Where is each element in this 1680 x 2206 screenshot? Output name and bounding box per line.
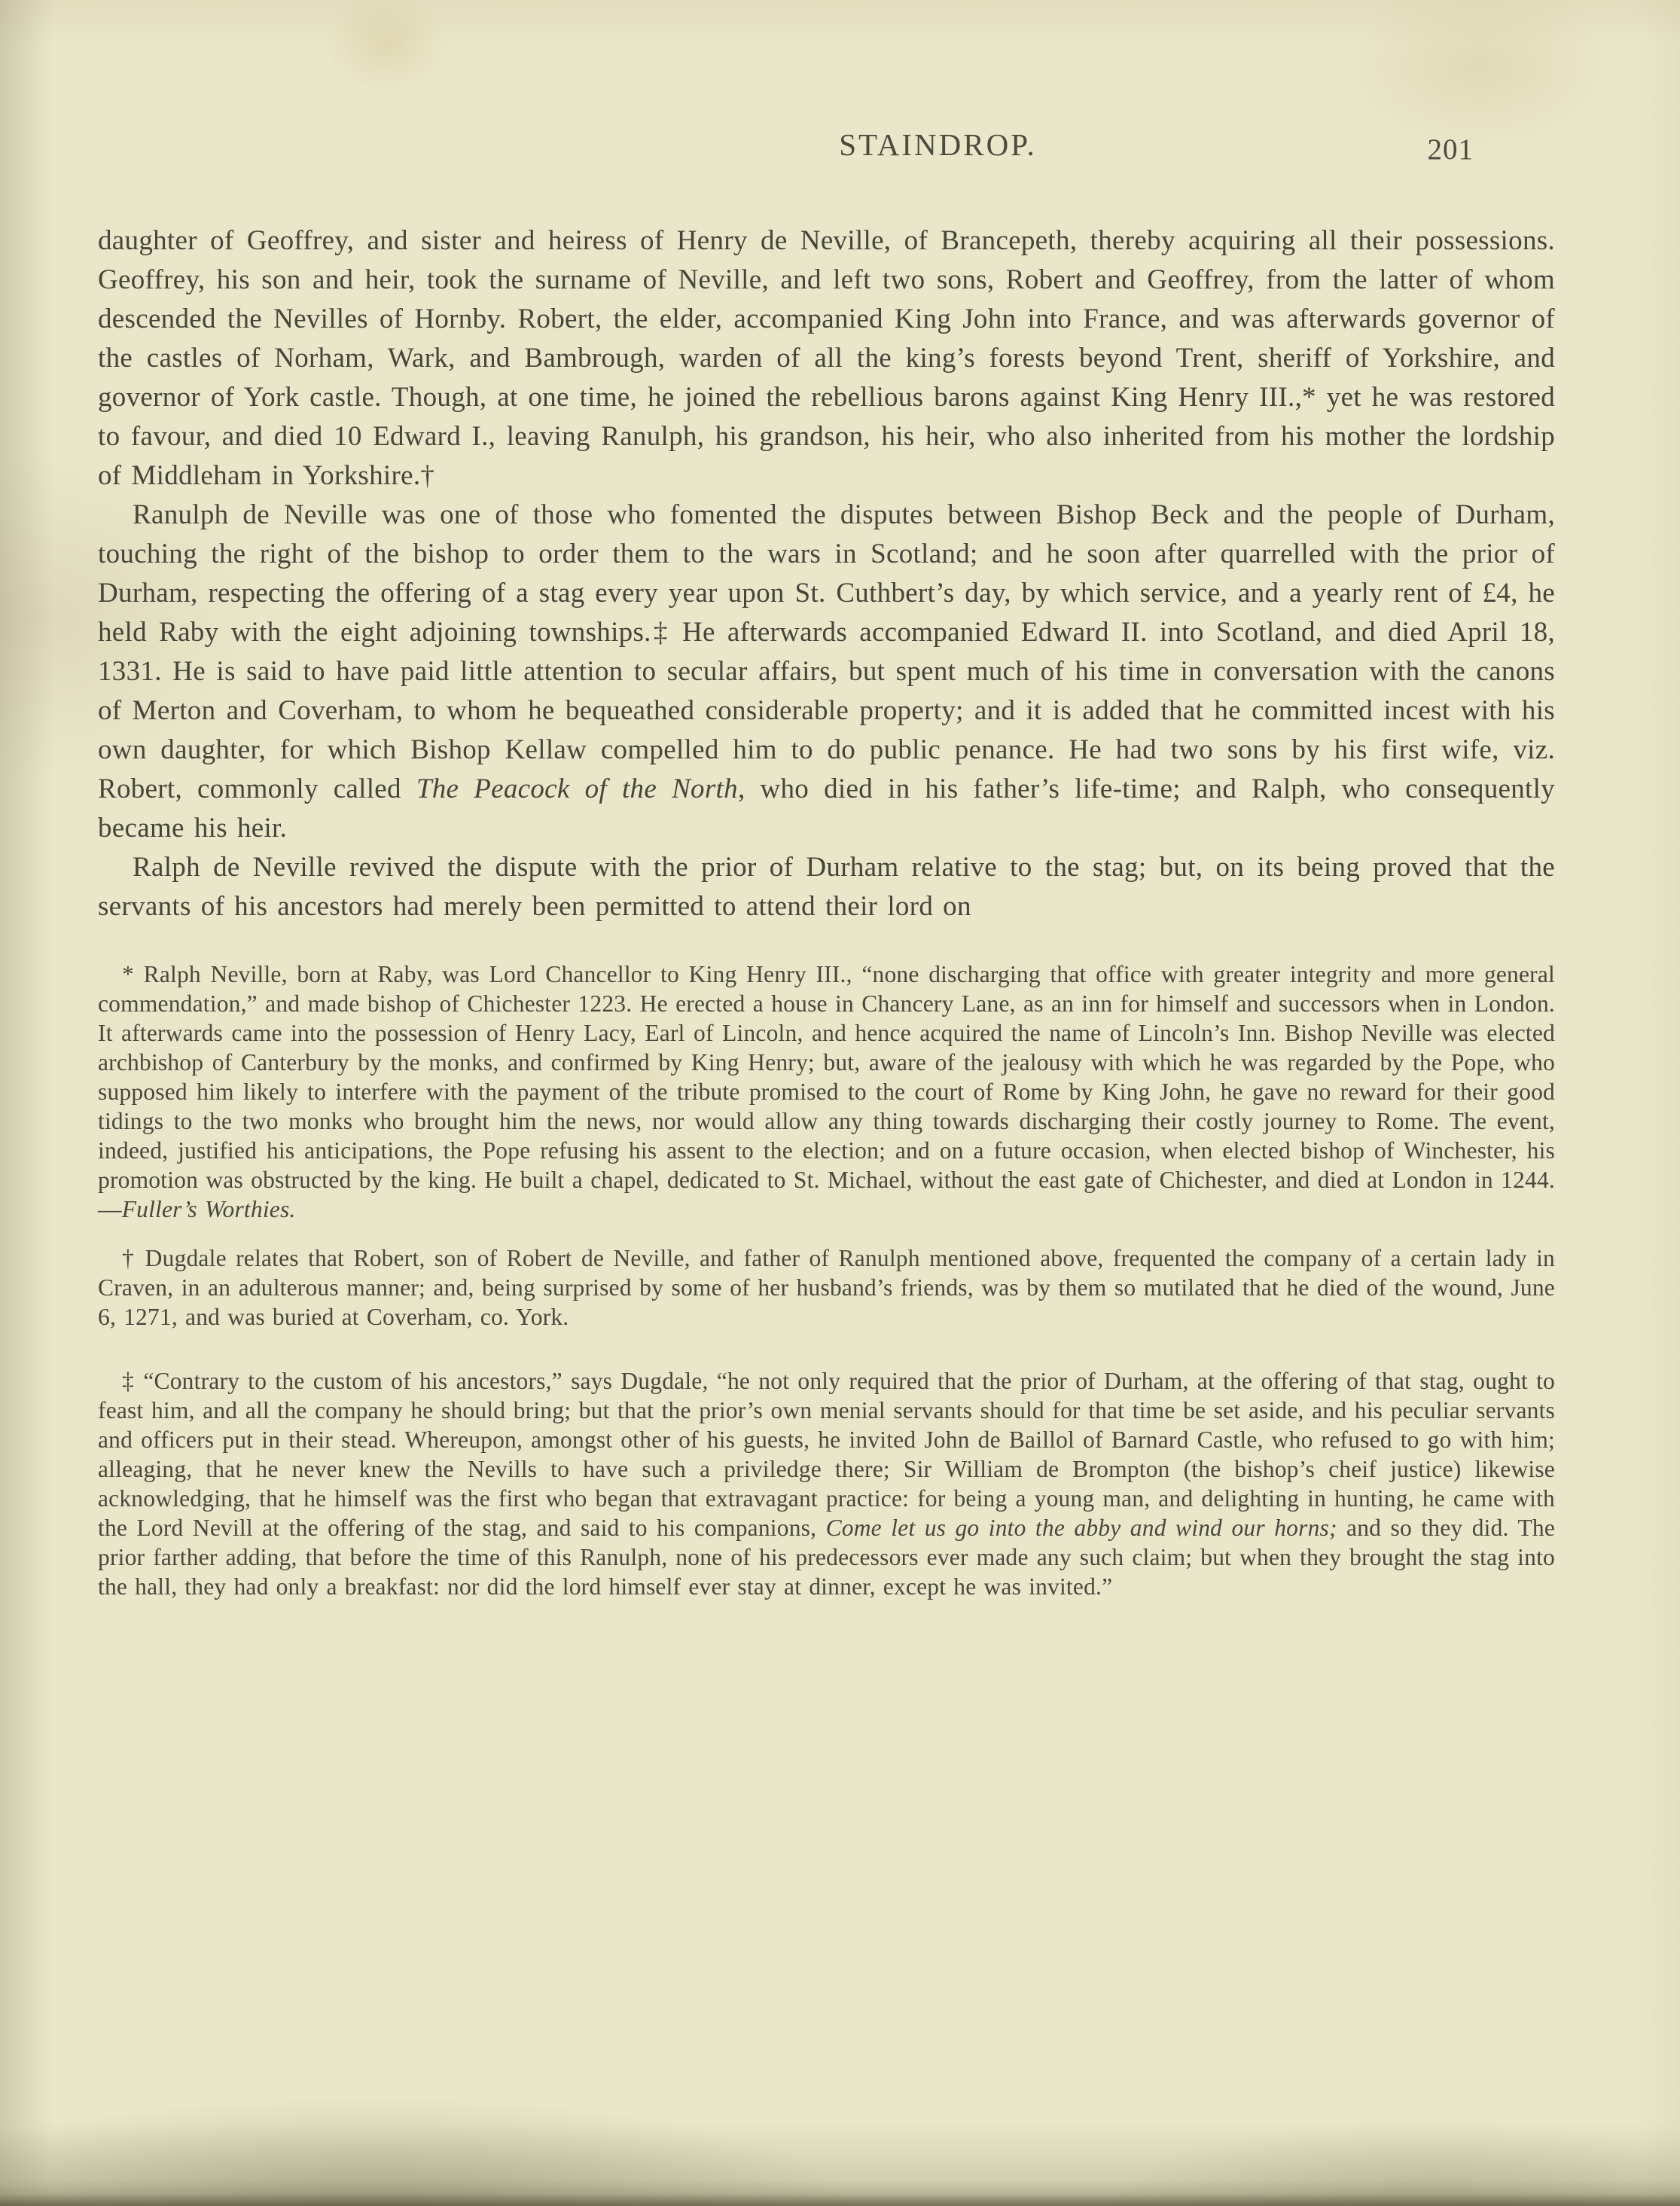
body-paragraph-3: Ralph de Neville revived the dispute wit…	[98, 848, 1555, 926]
running-title: STAINDROP.	[839, 127, 1037, 162]
footnotes-section: * Ralph Neville, born at Raby, was Lord …	[98, 960, 1555, 1601]
page-header: STAINDROP. 201	[98, 127, 1555, 169]
italic-phrase-horns: Come let us go into the abby and wind ou…	[826, 1515, 1337, 1541]
body-paragraph-1: daughter of Geoffrey, and sister and hei…	[98, 221, 1555, 496]
text-block: STAINDROP. 201 daughter of Geoffrey, and…	[98, 127, 1555, 1601]
footnote-double-dagger: ‡ “Contrary to the custom of his ancesto…	[98, 1366, 1555, 1601]
italic-phrase-peacock: The Peacock of the North	[416, 773, 738, 804]
body-paragraph-2: Ranulph de Neville was one of those who …	[98, 496, 1555, 848]
footnote-asterisk: * Ralph Neville, born at Raby, was Lord …	[98, 960, 1555, 1224]
footnote-dagger: † Dugdale relates that Robert, son of Ro…	[98, 1243, 1555, 1332]
page-number: 201	[1428, 133, 1474, 166]
footnote-asterisk-text: * Ralph Neville, born at Raby, was Lord …	[98, 961, 1555, 1222]
footnote-asterisk-source: Fuller’s Worthies.	[122, 1196, 296, 1222]
body-text: daughter of Geoffrey, and sister and hei…	[98, 221, 1555, 1601]
paragraph-2-text: Ranulph de Neville was one of those who …	[98, 499, 1555, 804]
scanned-book-page: STAINDROP. 201 daughter of Geoffrey, and…	[0, 0, 1680, 2206]
